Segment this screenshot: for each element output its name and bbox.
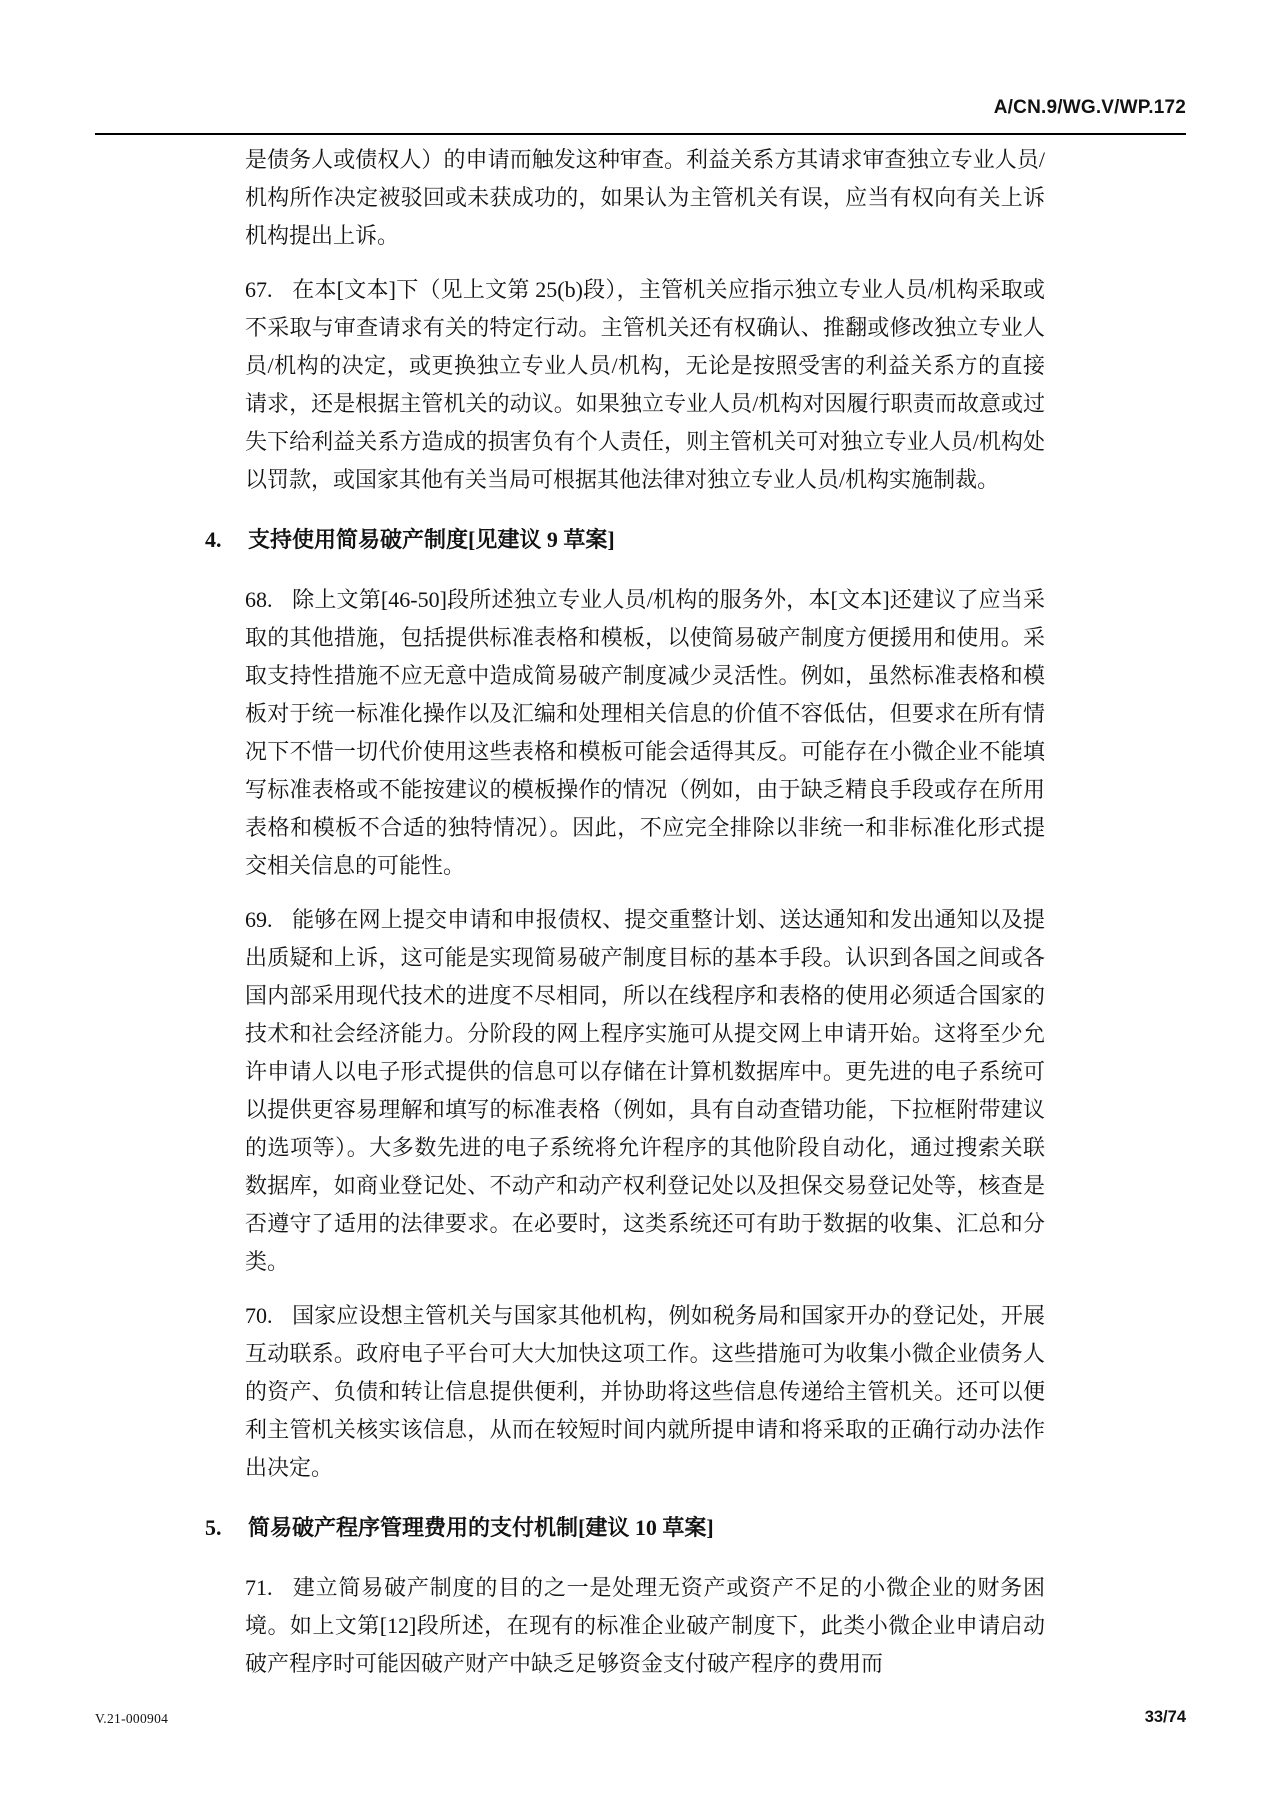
heading-text: 支持使用简易破产制度[见建议 9 草案] [248,527,615,552]
paragraph-text: 是债务人或债权人）的申请而触发这种审查。利益关系方其请求审查独立专业人员/机构所… [245,147,1045,248]
paragraph-text: 除上文第[46-50]段所述独立专业人员/机构的服务外，本[文本]还建议了应当采… [245,587,1045,878]
paragraph-67: 67.在本[文本]下（见上文第 25(b)段），主管机关应指示独立专业人员/机构… [245,271,1045,499]
section-heading-4: 4.支持使用简易破产制度[见建议 9 草案] [205,521,1045,559]
paragraph-number: 68. [245,581,292,619]
paragraph-number: 71. [245,1569,292,1607]
page-header: A/CN.9/WG.V/WP.172 [95,0,1186,135]
paragraph-71: 71.建立简易破产制度的目的之一是处理无资产或资产不足的小微企业的财务困境。如上… [245,1569,1045,1683]
heading-text: 简易破产程序管理费用的支付机制[建议 10 草案] [248,1515,714,1540]
paragraph-68: 68.除上文第[46-50]段所述独立专业人员/机构的服务外，本[文本]还建议了… [245,581,1045,885]
paragraph-number: 67. [245,271,292,309]
footer-page-number: 33/74 [1145,1707,1186,1727]
paragraph-number: 69. [245,901,292,939]
paragraph-continuation: 是债务人或债权人）的申请而触发这种审查。利益关系方其请求审查独立专业人员/机构所… [245,141,1045,255]
paragraph-text: 在本[文本]下（见上文第 25(b)段），主管机关应指示独立专业人员/机构采取或… [245,277,1045,492]
section-heading-5: 5.简易破产程序管理费用的支付机制[建议 10 草案] [205,1509,1045,1547]
heading-number: 5. [205,1509,248,1547]
document-page: A/CN.9/WG.V/WP.172 是债务人或债权人）的申请而触发这种审查。利… [0,0,1280,1809]
footer-doc-number: V.21-000904 [95,1710,168,1728]
paragraph-69: 69.能够在网上提交申请和申报债权、提交重整计划、送达通知和发出通知以及提出质疑… [245,901,1045,1281]
document-symbol: A/CN.9/WG.V/WP.172 [994,97,1186,119]
paragraph-text: 能够在网上提交申请和申报债权、提交重整计划、送达通知和发出通知以及提出质疑和上诉… [245,907,1045,1274]
paragraph-number: 70. [245,1297,292,1335]
paragraph-text: 建立简易破产制度的目的之一是处理无资产或资产不足的小微企业的财务困境。如上文第[… [245,1575,1045,1676]
paragraph-70: 70.国家应设想主管机关与国家其他机构，例如税务局和国家开办的登记处，开展互动联… [245,1297,1045,1487]
heading-number: 4. [205,521,248,559]
paragraph-text: 国家应设想主管机关与国家其他机构，例如税务局和国家开办的登记处，开展互动联系。政… [245,1303,1045,1480]
header-rule [95,133,1186,135]
document-body: 是债务人或债权人）的申请而触发这种审查。利益关系方其请求审查独立专业人员/机构所… [245,141,1045,1683]
